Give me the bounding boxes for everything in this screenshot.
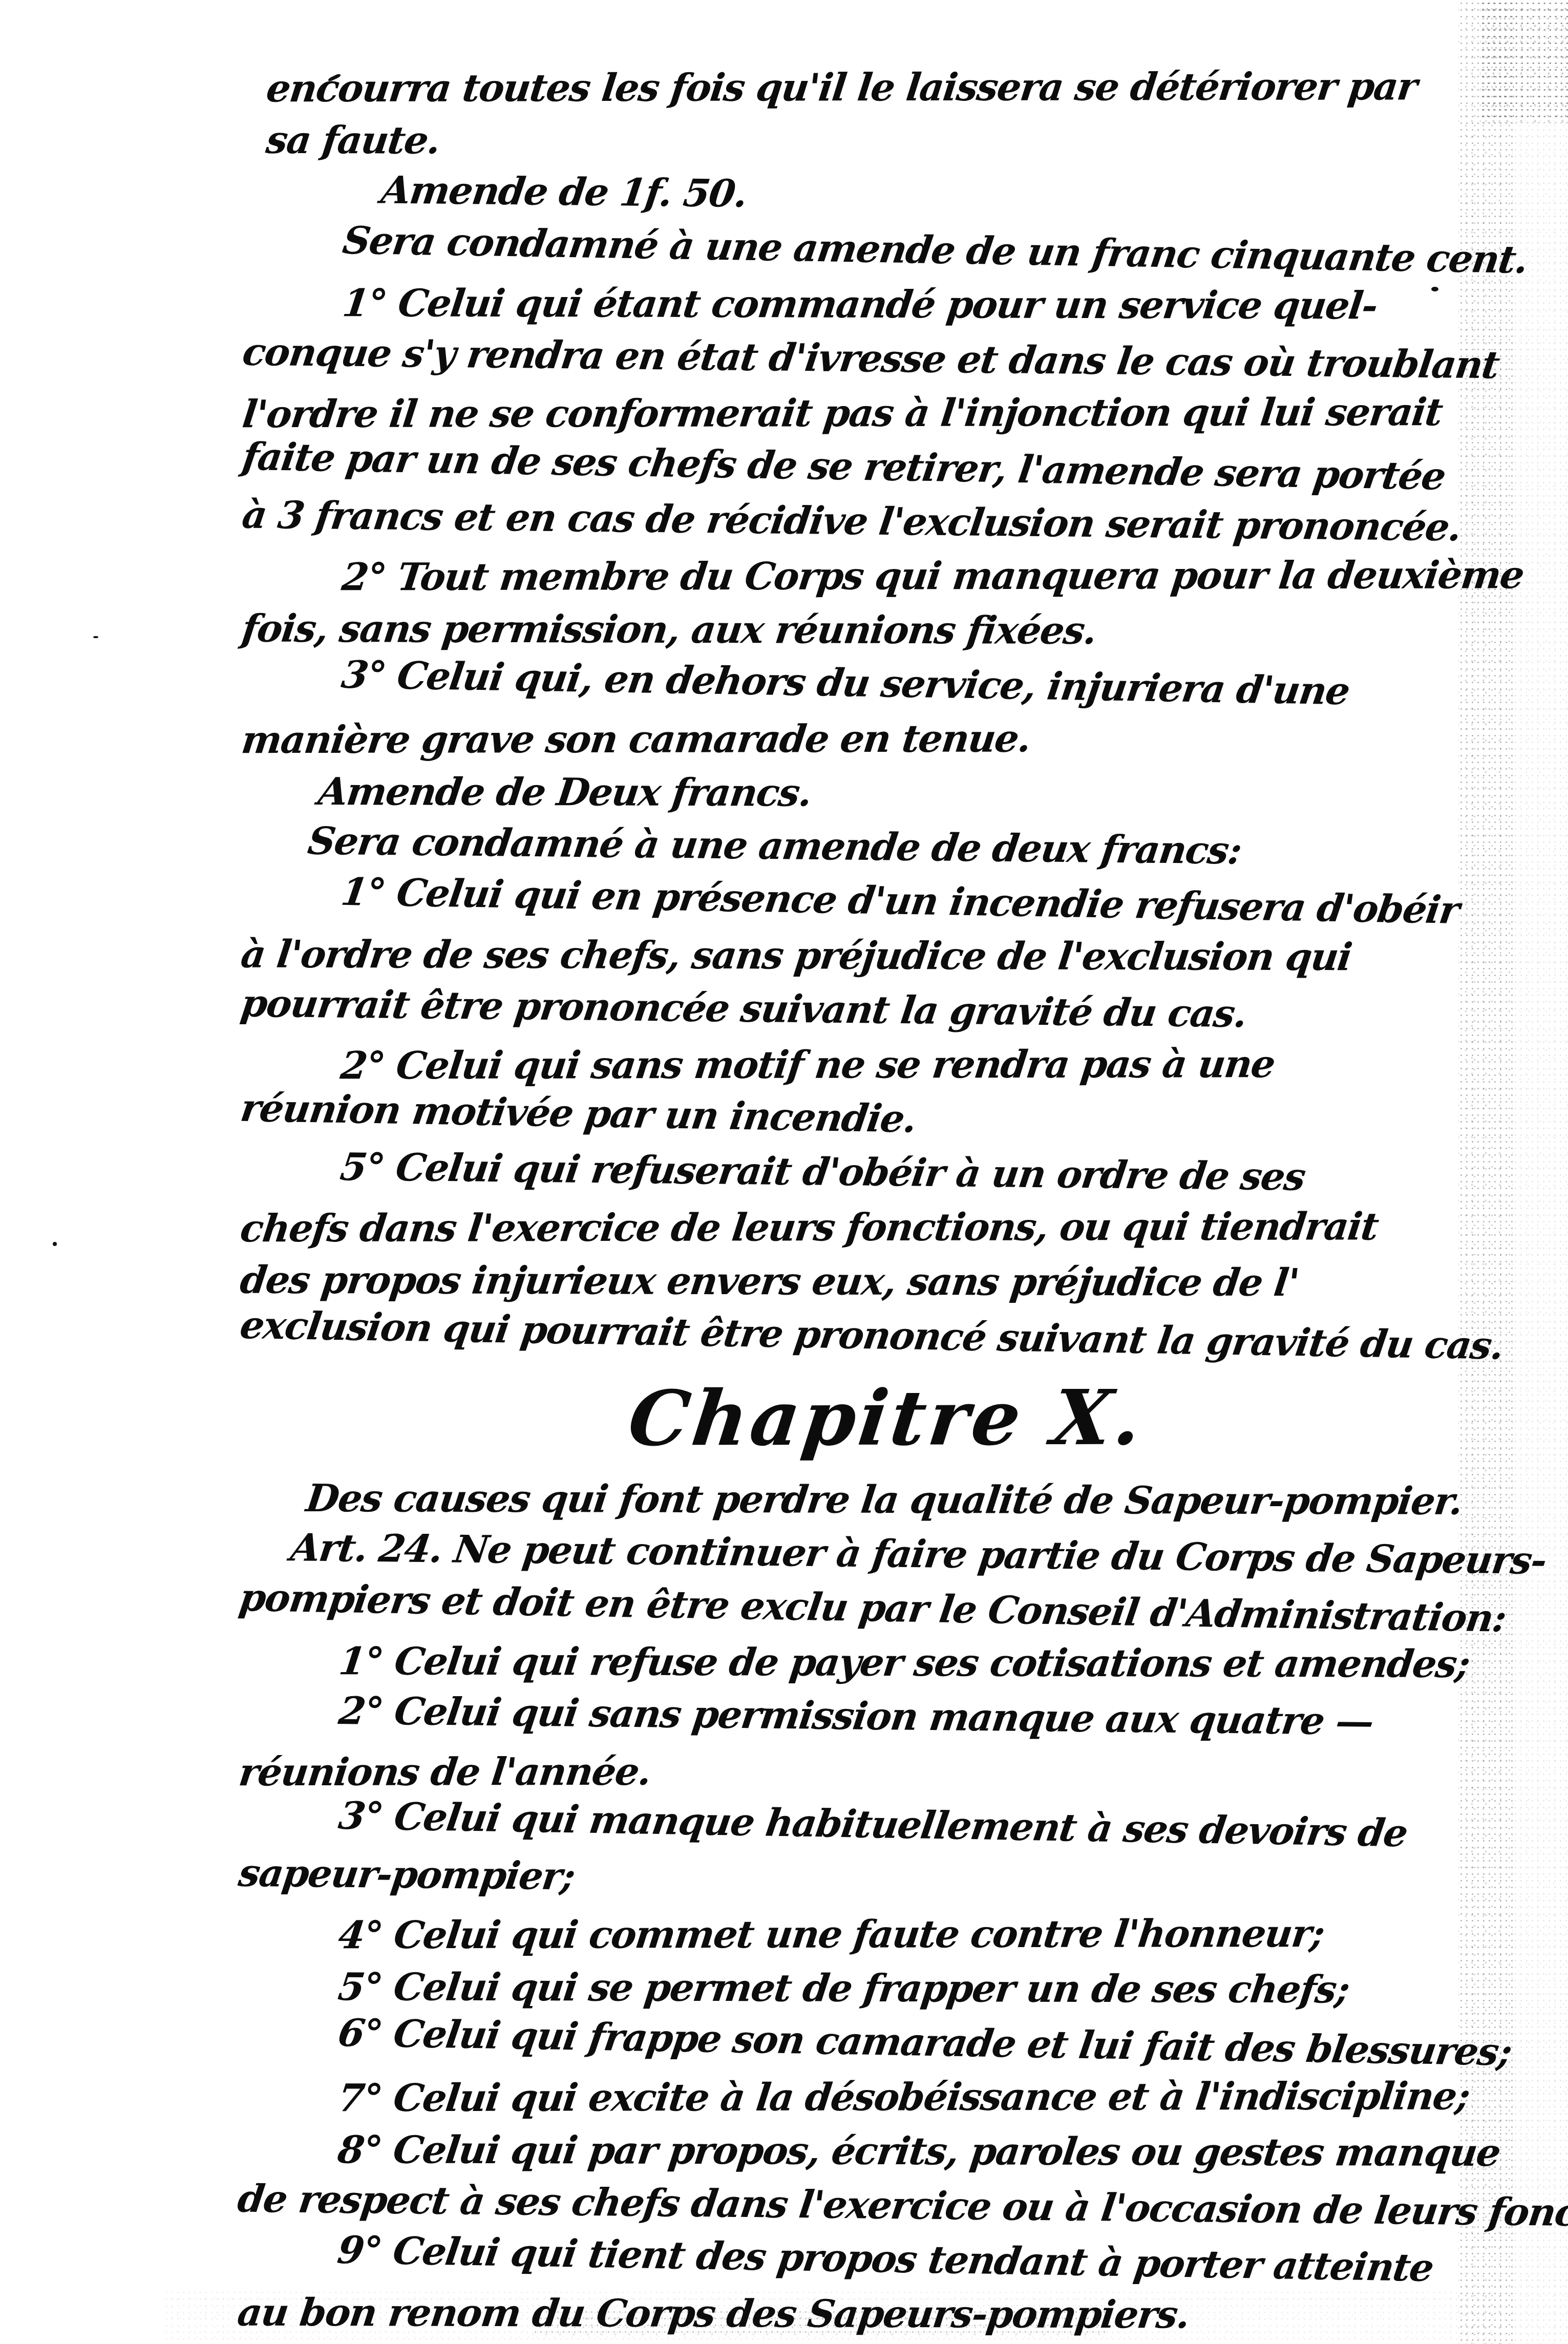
handwriting-ink: 1° Celui qui étant commandé pour un serv… bbox=[340, 276, 1380, 333]
handwriting-ink: encourra toutes les fois qu'il le laisse… bbox=[263, 59, 1419, 116]
handwriting-ink: chefs dans l'exercice de leurs fonctions… bbox=[237, 1199, 1381, 1256]
handwriting-ink: sa faute. bbox=[263, 113, 443, 168]
scan-speck bbox=[53, 1242, 57, 1246]
text-line: 1° Celui qui refuse de payer ses cotisat… bbox=[340, 1634, 1546, 1692]
text-line: Amende de Deux francs. bbox=[319, 765, 1549, 822]
handwriting-ink: à l'ordre de ses chefs, sans préjudice d… bbox=[238, 927, 1354, 985]
handwriting-ink: au bon renom du Corps des Sapeurs-pompie… bbox=[235, 2286, 1193, 2342]
scan-speck bbox=[93, 636, 98, 638]
handwriting-ink: 2° Celui qui sans permission manque aux … bbox=[335, 1684, 1376, 1749]
handwriting-ink: Des causes qui font perdre la qualité de… bbox=[303, 1471, 1466, 1529]
text-line: 2° Celui qui sans motif ne se rendra pas… bbox=[341, 1037, 1548, 1093]
text-line: Chapitre X. bbox=[629, 1368, 1547, 1467]
text-line: 2° Tout membre du Corps qui manquera pou… bbox=[342, 548, 1549, 604]
text-line: Des causes qui font perdre la qualité de… bbox=[306, 1471, 1546, 1529]
text-line: 4° Celui qui commet une faute contre l'h… bbox=[338, 1906, 1545, 1962]
handwriting-ink: pourrait être prononcée suivant la gravi… bbox=[238, 977, 1250, 1041]
text-line: 7° Celui qui excite à la désobéissance e… bbox=[338, 2069, 1545, 2125]
handwriting-ink: 7° Celui qui excite à la désobéissance e… bbox=[335, 2069, 1472, 2125]
handwriting-ink: 6° Celui qui frappe son camarade et lui … bbox=[334, 2006, 1514, 2080]
text-line: conque s'y rendra en état d'ivresse et d… bbox=[243, 325, 1550, 393]
handwriting-ink: 2° Tout membre du Corps qui manquera pou… bbox=[339, 548, 1527, 604]
handwriting-ink: sapeur-pompier; bbox=[236, 1846, 578, 1904]
text-line: sa faute. bbox=[266, 113, 1550, 171]
text-line: encourra toutes les fois qu'il le laisse… bbox=[267, 59, 1551, 116]
handwriting-ink: 1° Celui qui refuse de payer ses cotisat… bbox=[336, 1634, 1472, 1692]
text-line: chefs dans l'exercice de leurs fonctions… bbox=[241, 1199, 1548, 1256]
handwritten-text-block: encourra toutes les fois qu'il le laisse… bbox=[238, 59, 1551, 2343]
handwriting-ink: 8° Celui qui par propos, écrits, paroles… bbox=[334, 2123, 1503, 2180]
handwriting-ink: 3° Celui qui, en dehors du service, inju… bbox=[338, 648, 1352, 719]
handwriting-ink: Amende de 1f. 50. bbox=[378, 163, 750, 221]
text-line: manière grave son camarade en tenue. bbox=[242, 711, 1549, 767]
text-line: 8° Celui qui par propos, écrits, paroles… bbox=[338, 2123, 1545, 2180]
text-line: pourrait être prononcée suivant la gravi… bbox=[241, 977, 1548, 1045]
handwriting-ink: manière grave son camarade en tenue. bbox=[239, 712, 1033, 768]
text-line: 1° Celui qui étant commandé pour un serv… bbox=[343, 276, 1550, 333]
handwriting-ink: 5° Celui qui refuserait d'obéir à un ord… bbox=[337, 1140, 1308, 1205]
handwriting-ink: conque s'y rendra en état d'ivresse et d… bbox=[239, 325, 1502, 393]
handwriting-ink: 4° Celui qui commet une faute contre l'h… bbox=[335, 1907, 1327, 1962]
handwriting-ink: réunion motivée par un incendie. bbox=[237, 1081, 920, 1147]
text-line: à l'ordre de ses chefs, sans préjudice d… bbox=[241, 927, 1548, 985]
manuscript-page: encourra toutes les fois qu'il le laisse… bbox=[0, 0, 1568, 2344]
text-line: 2° Celui qui sans permission manque aux … bbox=[339, 1684, 1546, 1751]
handwriting-ink: Amende de Deux francs. bbox=[315, 765, 814, 820]
text-line: au bon renom du Corps des Sapeurs-pompie… bbox=[238, 2286, 1544, 2343]
handwriting-ink: Chapitre X. bbox=[623, 1369, 1150, 1467]
